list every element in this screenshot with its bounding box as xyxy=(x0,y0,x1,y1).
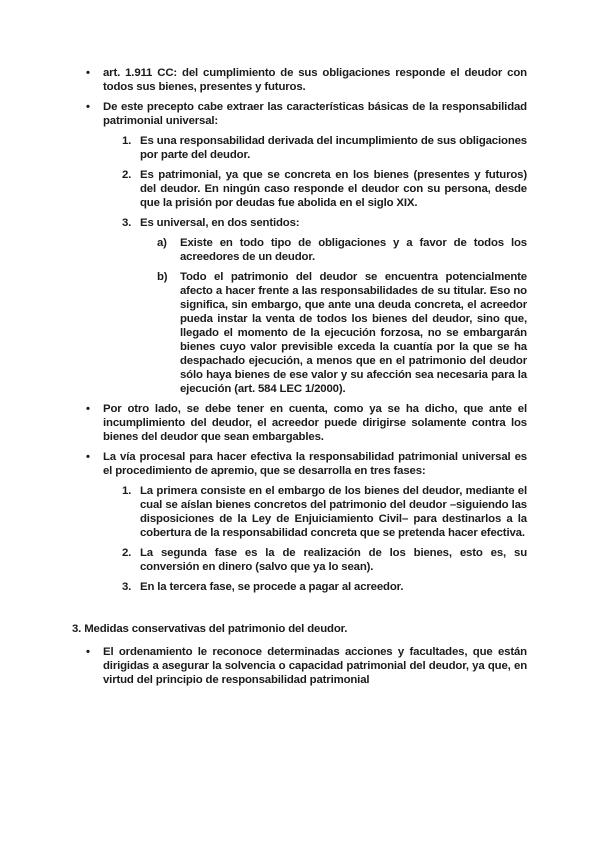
list-item-text: El ordenamiento le reconoce determinadas… xyxy=(103,646,527,686)
list-item: 3. Es universal, en dos sentidos: xyxy=(72,216,527,230)
list-item: a) Existe en todo tipo de obligaciones y… xyxy=(72,236,527,264)
letter-marker: b) xyxy=(157,270,167,284)
list-item-text: Existe en todo tipo de obligaciones y a … xyxy=(180,237,527,263)
list-item: • La vía procesal para hacer efectiva la… xyxy=(72,450,527,478)
bullet-marker: • xyxy=(86,645,90,659)
list-item: 2. Es patrimonial, ya que se concreta en… xyxy=(72,168,527,210)
bullet-marker: • xyxy=(86,450,90,464)
number-marker: 2. xyxy=(122,168,131,182)
list-item-text: De este precepto cabe extraer las caract… xyxy=(103,101,527,127)
list-item: • El ordenamiento le reconoce determinad… xyxy=(72,645,527,687)
list-item-text: La segunda fase es la de realización de … xyxy=(140,547,527,573)
list-item-text: En la tercera fase, se procede a pagar a… xyxy=(140,581,403,593)
list-item-text: Es una responsabilidad derivada del incu… xyxy=(140,135,527,161)
number-marker: 1. xyxy=(122,484,131,498)
list-item-text: art. 1.911 CC: del cumplimiento de sus o… xyxy=(103,67,527,93)
bullet-marker: • xyxy=(86,66,90,80)
list-item: 1. Es una responsabilidad derivada del i… xyxy=(72,134,527,162)
number-marker: 1. xyxy=(122,134,131,148)
list-item: b) Todo el patrimonio del deudor se encu… xyxy=(72,270,527,396)
list-item: 3. En la tercera fase, se procede a paga… xyxy=(72,580,527,594)
list-item-text: Es universal, en dos sentidos: xyxy=(140,217,299,229)
list-item-text: Todo el patrimonio del deudor se encuent… xyxy=(180,271,527,395)
number-marker: 2. xyxy=(122,546,131,560)
list-item: • art. 1.911 CC: del cumplimiento de sus… xyxy=(72,66,527,94)
number-marker: 3. xyxy=(122,216,131,230)
list-item-text: La primera consiste en el embargo de los… xyxy=(140,485,527,539)
bullet-marker: • xyxy=(86,100,90,114)
list-item: 1. La primera consiste en el embargo de … xyxy=(72,484,527,540)
list-item-text: Es patrimonial, ya que se concreta en lo… xyxy=(140,169,527,209)
document-page: • art. 1.911 CC: del cumplimiento de sus… xyxy=(0,0,599,848)
list-item-text: La vía procesal para hacer efectiva la r… xyxy=(103,451,527,477)
number-marker: 3. xyxy=(122,580,131,594)
list-item: • Por otro lado, se debe tener en cuenta… xyxy=(72,402,527,444)
bullet-marker: • xyxy=(86,402,90,416)
list-item: 2. La segunda fase es la de realización … xyxy=(72,546,527,574)
section-heading: 3. Medidas conservativas del patrimonio … xyxy=(72,622,527,636)
list-item: • De este precepto cabe extraer las cara… xyxy=(72,100,527,128)
list-item-text: Por otro lado, se debe tener en cuenta, … xyxy=(103,403,527,443)
letter-marker: a) xyxy=(157,236,167,250)
